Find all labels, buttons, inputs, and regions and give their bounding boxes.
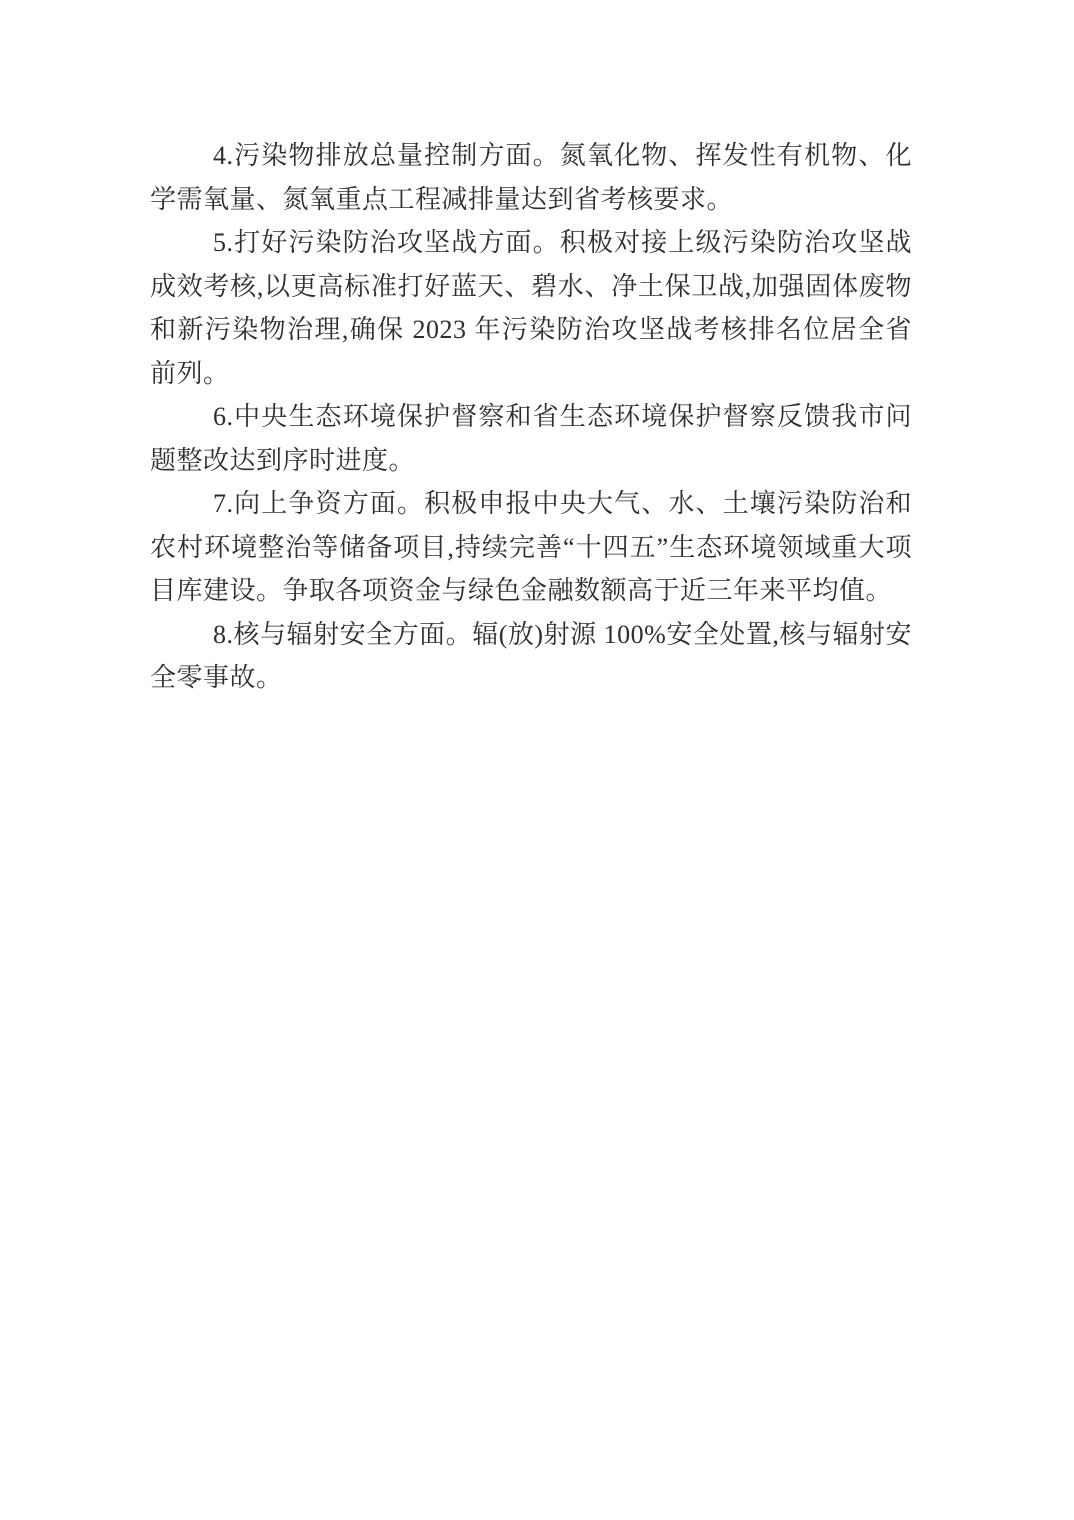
document-body: 4.污染物排放总量控制方面。氮氧化物、挥发性有机物、化学需氧量、氮氧重点工程减排… bbox=[150, 134, 912, 700]
document-page: 4.污染物排放总量控制方面。氮氧化物、挥发性有机物、化学需氧量、氮氧重点工程减排… bbox=[0, 0, 1074, 1520]
paragraph-item-5: 5.打好污染防治攻坚战方面。积极对接上级污染防治攻坚战成效考核,以更高标准打好蓝… bbox=[150, 221, 912, 395]
paragraph-item-8: 8.核与辐射安全方面。辐(放)射源 100%安全处置,核与辐射安全零事故。 bbox=[150, 613, 912, 700]
paragraph-item-4: 4.污染物排放总量控制方面。氮氧化物、挥发性有机物、化学需氧量、氮氧重点工程减排… bbox=[150, 134, 912, 221]
paragraph-item-6: 6.中央生态环境保护督察和省生态环境保护督察反馈我市问题整改达到序时进度。 bbox=[150, 395, 912, 482]
paragraph-item-7: 7.向上争资方面。积极申报中央大气、水、土壤污染防治和农村环境整治等储备项目,持… bbox=[150, 482, 912, 613]
